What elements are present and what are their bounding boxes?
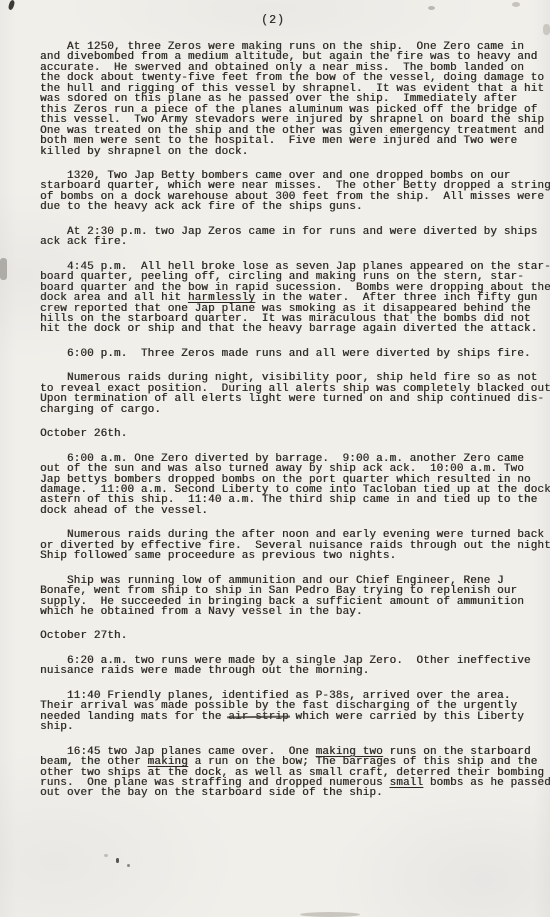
strike-text: air strip xyxy=(228,711,289,723)
scanned-document-page: (2) At 1250, three Zeros were making run… xyxy=(0,0,550,917)
text-line: October 27th. xyxy=(40,631,550,641)
text-line: out over the bay on the starboard side o… xyxy=(40,788,550,798)
paragraph: 6:20 a.m. two runs were made by a single… xyxy=(40,656,550,677)
text-line: Ship followed same proceedure as previou… xyxy=(40,551,550,561)
text-line: nuisance raids were made through out the… xyxy=(40,666,550,676)
date-heading: October 26th. xyxy=(40,429,550,439)
paragraph: 4:45 p.m. All hell broke lose as seven J… xyxy=(40,262,550,335)
paragraph: 1320, Two Jap Betty bombers came over an… xyxy=(40,171,550,213)
text-line: Bonafe, went from ship to ship in San Pe… xyxy=(40,586,550,596)
text-line: ship. xyxy=(40,722,550,732)
text-line: charging of cargo. xyxy=(40,405,550,415)
text-line: killed by shrapnel on the dock. xyxy=(40,147,550,157)
text-line: which he obtained from a Navy vessel in … xyxy=(40,607,550,617)
scan-artifact xyxy=(8,0,16,11)
page-number: (2) xyxy=(0,14,546,27)
text-line: dock area and all hit harmlessly in the … xyxy=(40,293,550,303)
scan-artifact xyxy=(428,6,435,10)
scan-artifact xyxy=(127,864,130,867)
text-line: both men were sent to the hospital. Five… xyxy=(40,136,550,146)
paragraph: At 1250, three Zeros were making runs on… xyxy=(40,42,550,157)
text-line: due to the heavy ack ack fire of the shi… xyxy=(40,202,550,212)
underline-text: small xyxy=(390,777,424,789)
text-line: needed landing mats for the air strip wh… xyxy=(40,712,550,722)
text-line: 6:00 p.m. Three Zeros made runs and all … xyxy=(40,349,550,359)
scan-artifact xyxy=(104,854,108,857)
paragraph: 11:40 Friendly planes, identified as P-3… xyxy=(40,691,550,733)
paragraph: Numerous raids during the after noon and… xyxy=(40,530,550,561)
date-heading: October 27th. xyxy=(40,631,550,641)
text-line: October 26th. xyxy=(40,429,550,439)
text-line: ack ack fire. xyxy=(40,237,550,247)
scan-artifact xyxy=(0,258,7,280)
scan-artifact xyxy=(300,912,360,917)
text-line: hit the dock or ship and that the heavy … xyxy=(40,324,550,334)
document-body: At 1250, three Zeros were making runs on… xyxy=(40,42,550,813)
paragraph: 6:00 p.m. Three Zeros made runs and all … xyxy=(40,349,550,359)
text-line: out of the sun and was also turned away … xyxy=(40,464,550,474)
paragraph: At 2:30 p.m. two Jap Zeros came in for r… xyxy=(40,227,550,248)
scan-artifact xyxy=(512,2,520,7)
paragraph: Ship was running low of ammunition and o… xyxy=(40,576,550,618)
paragraph: 16:45 two Jap planes came over. One maki… xyxy=(40,747,550,799)
paragraph: 6:00 a.m. One Zero diverted by barrage. … xyxy=(40,454,550,517)
text-line: dock ahead of the vessel. xyxy=(40,506,550,516)
text-line: beam, the other making a run on the bow;… xyxy=(40,757,550,767)
scan-artifact xyxy=(116,858,119,863)
paragraph: Numerous raids during night, visibility … xyxy=(40,373,550,415)
